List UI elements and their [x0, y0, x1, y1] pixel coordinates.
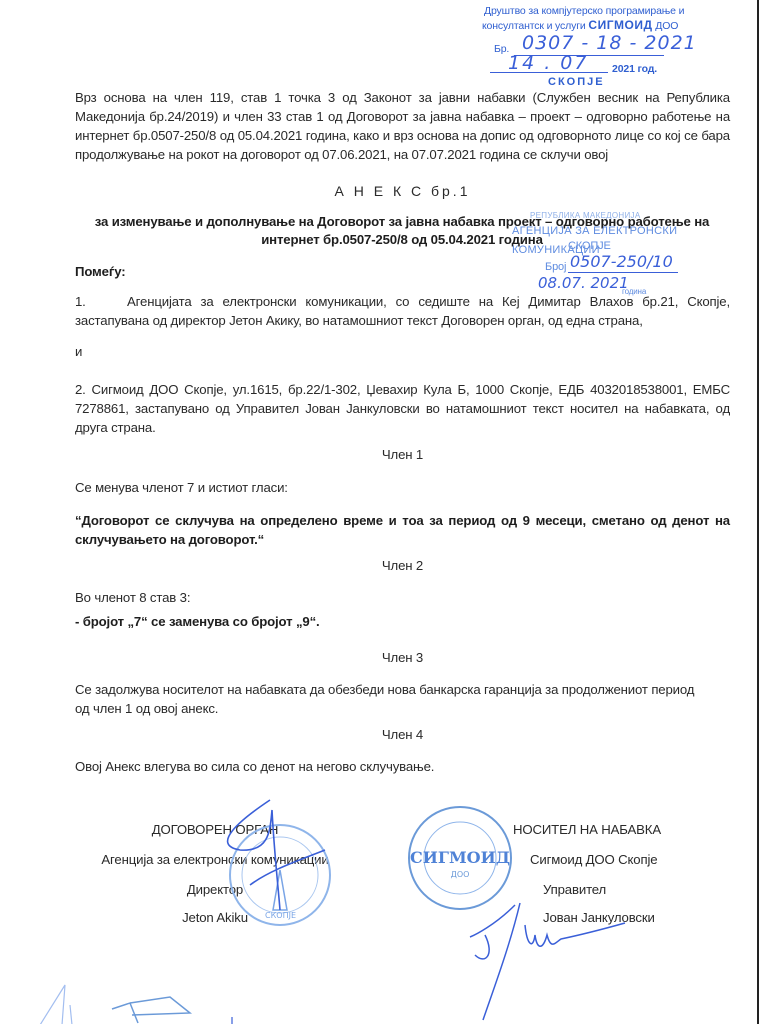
svg-text:СИГМОИД: СИГМОИД	[410, 848, 510, 867]
bottom-initials-icon	[20, 985, 320, 1024]
document-page: Друштво за компјутерско програмирање и к…	[0, 0, 759, 1024]
stamp-company-line2: консултантск и услуги СИГМОИД ДОО	[482, 18, 678, 33]
stamp-year-value: 2021	[612, 63, 635, 75]
article3-text: Се задолжува носителот на набавката да о…	[75, 680, 695, 718]
right-signature-org: Сигмоид ДОО Скопје	[530, 850, 657, 869]
stamp-year-suffix: год.	[638, 63, 658, 75]
article1-heading: Член 1	[75, 445, 730, 464]
stamp-line2-prefix: консултантск и услуги	[482, 20, 586, 32]
between-label: Помеѓу:	[75, 262, 125, 281]
article2-heading: Член 2	[75, 556, 730, 575]
stamp-date-handwritten: 14 . 07	[508, 52, 588, 74]
annex-title: А Н Е К С бр.1	[75, 182, 730, 201]
stamp-line2-suffix: ДОО	[655, 20, 678, 32]
and-text: и	[75, 342, 82, 361]
intro-paragraph: Врз основа на член 119, став 1 точка 3 о…	[75, 88, 730, 164]
right-signature-role: НОСИТЕЛ НА НАБАВКА	[513, 820, 661, 839]
article2-bold-text: - бројот „7“ се заменува со бројот „9“.	[75, 612, 320, 631]
article1-text: Се менува членот 7 и истиот гласи:	[75, 478, 288, 497]
agency-stamp-number-handwritten: 0507-250/10	[570, 252, 673, 271]
svg-text:ДОО: ДОО	[451, 870, 470, 879]
stamp-year: 2021 год.	[612, 60, 657, 79]
stamp-brand: СИГМОИД	[588, 18, 652, 32]
stamp-number-handwritten: 0307 - 18 - 2021	[522, 32, 697, 54]
article2-text: Во членот 8 став 3:	[75, 588, 190, 607]
director-signature-icon	[200, 790, 340, 920]
article4-text: Овој Анекс влегува во сила со денот на н…	[75, 757, 434, 776]
party2-text: 2. Сигмоид ДОО Скопје, ул.1615, бр.22/1-…	[75, 380, 730, 437]
stamp-number-label: Бр.	[494, 40, 509, 59]
manager-signature-icon	[455, 895, 635, 1024]
article1-bold-text: “Договорот се склучува на определено вре…	[75, 511, 730, 549]
stamp-company-line1: Друштво за компјутерско програмирање и	[484, 4, 684, 18]
party1-text: Агенцијата за електронски комуникации, с…	[75, 292, 730, 330]
article3-heading: Член 3	[75, 648, 730, 667]
article4-heading: Член 4	[75, 725, 730, 744]
agency-stamp-date-handwritten: 08.07. 2021	[538, 274, 629, 292]
